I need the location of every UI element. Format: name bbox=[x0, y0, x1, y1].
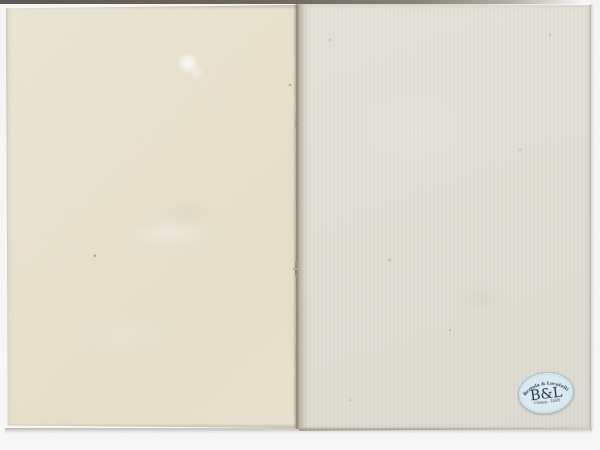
page-right-edge-shadow bbox=[590, 4, 594, 430]
right-page bbox=[299, 3, 591, 431]
photo-open-booklet: Bertola & Locatelli B&L Cuneo - Italy bbox=[0, 0, 600, 450]
bookseller-label: Bertola & Locatelli B&L Cuneo - Italy bbox=[515, 368, 578, 419]
gutter-fold bbox=[293, 4, 301, 429]
booklet-top-edge-shadow bbox=[0, 0, 600, 4]
left-page bbox=[6, 5, 299, 428]
binding-stitch-thread bbox=[293, 268, 300, 270]
binding-stitch bbox=[295, 350, 298, 359]
page-bottom-shadow bbox=[5, 428, 592, 434]
binding-stitch bbox=[295, 118, 298, 128]
